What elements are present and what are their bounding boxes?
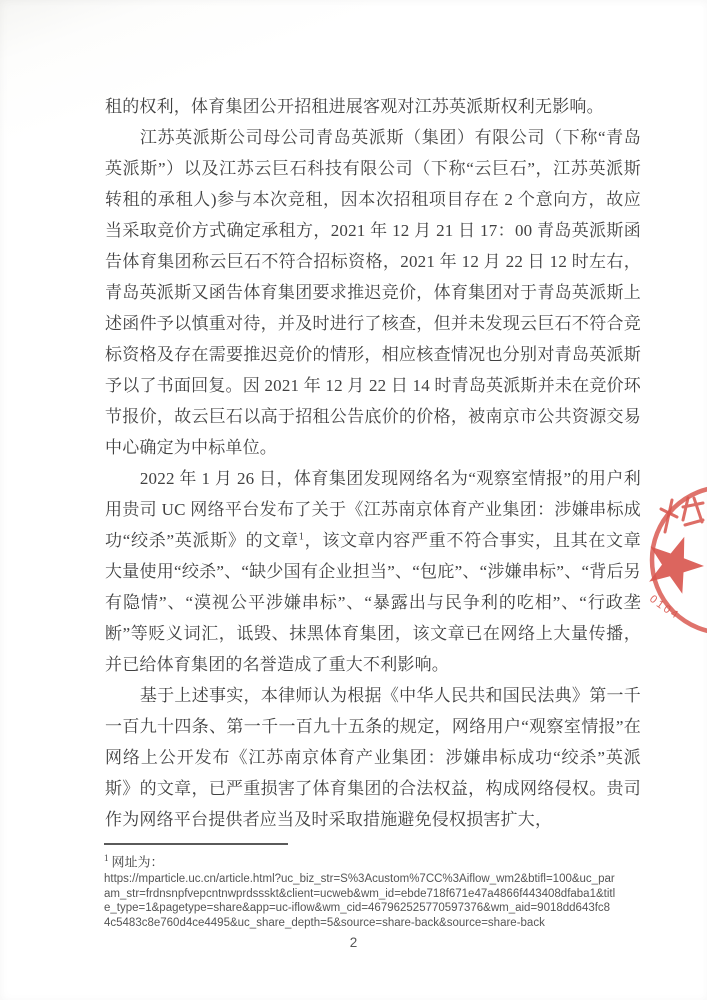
seal-graphic: 0104 bbox=[647, 478, 707, 646]
footnote-label: 1网址为： bbox=[104, 850, 616, 870]
paragraph: 江苏英派斯公司母公司青岛英派斯（集团）有限公司（下称“青岛英派斯”）以及江苏云巨… bbox=[105, 122, 641, 463]
paragraph-text: ，该文章内容严重不符合事实，且其在文章大量使用“绞杀”、“缺少国有企业担当”、“… bbox=[105, 531, 641, 674]
seal-star-icon bbox=[649, 537, 704, 594]
letter-body: 租的权利，体育集团公开招租进展客观对江苏英派斯权利无影响。 江苏英派斯公司母公司… bbox=[105, 91, 641, 835]
paragraph: 基于上述事实，本律师认为根据《中华人民共和国民法典》第一千一百九十四条、第一千一… bbox=[105, 680, 641, 835]
seal-partial-characters bbox=[661, 498, 703, 532]
page-number: 2 bbox=[0, 935, 707, 950]
seal-ring bbox=[652, 487, 707, 633]
paragraph: 2022 年 1 月 26 日，体育集团发现网络名为“观察室情报”的用户利用贵司… bbox=[105, 463, 641, 680]
footnote: 1网址为： https://mparticle.uc.cn/article.ht… bbox=[104, 843, 616, 930]
seal-digits: 0104 bbox=[647, 593, 682, 622]
official-seal-stamp: 0104 bbox=[647, 478, 707, 646]
paragraph: 租的权利，体育集团公开招租进展客观对江苏英派斯权利无影响。 bbox=[105, 91, 641, 122]
footnote-label-text: 网址为： bbox=[112, 854, 164, 869]
footnote-marker: 1 bbox=[104, 853, 109, 863]
footnote-separator bbox=[104, 843, 288, 845]
scanned-letter-page: 租的权利，体育集团公开招租进展客观对江苏英派斯权利无影响。 江苏英派斯公司母公司… bbox=[0, 0, 707, 1000]
footnote-url: https://mparticle.uc.cn/article.html?uc_… bbox=[104, 872, 616, 930]
